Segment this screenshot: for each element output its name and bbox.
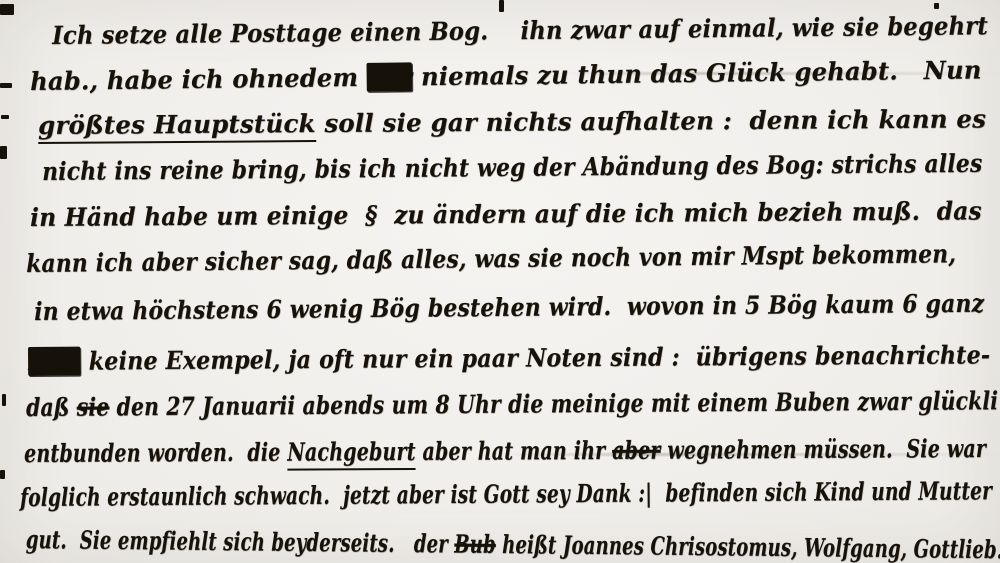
ink-speck [934, 3, 939, 9]
manuscript-line: in Händ habe um einige § zu ändern auf d… [30, 197, 982, 231]
underlined-text: größtes Hauptstück [38, 109, 316, 144]
manuscript-line: in etwa höchstens 6 wenig Bög bestehen w… [34, 290, 984, 326]
text-segment: entbunden worden. die [24, 438, 287, 468]
struck-text: sie [77, 392, 110, 421]
ink-speck [1, 115, 9, 119]
struck-text: aber [612, 436, 661, 465]
blotted-text: der [367, 62, 413, 92]
manuscript-line: nicht ins reine bring, bis ich nicht weg… [42, 150, 982, 186]
text-segment: Ich setze alle Posttage einen Bog. ihn z… [52, 11, 988, 50]
ink-speck [0, 470, 5, 479]
text-segment: heißt Joannes Chrisostomus, Wolfgang, Go… [496, 530, 1000, 563]
manuscript-line: zum keine Exempel, ja oft nur ein paar N… [28, 341, 990, 375]
struck-text: Bub [454, 529, 496, 558]
text-segment: daß [26, 393, 77, 422]
manuscript-line: entbunden worden. die Nachgeburt aber ha… [24, 435, 986, 468]
manuscript-line: hab., habe ich ohnedem der niemals zu th… [30, 56, 982, 95]
text-segment: folglich erstaunlich schwach. jetzt aber… [20, 476, 992, 512]
text-segment: in etwa höchstens 6 wenig Bög bestehen w… [34, 289, 984, 326]
text-segment: den 27 Januarii abends um 8 Uhr die mein… [109, 386, 998, 421]
ink-speck [0, 83, 12, 88]
ink-speck [499, 0, 504, 12]
text-segment: keine Exempel, ja oft nur ein paar Noten… [81, 340, 991, 375]
text-segment: nicht ins reine bring, bis ich nicht weg… [42, 149, 983, 186]
text-segment: hab., habe ich ohnedem [30, 63, 367, 96]
ink-speck [0, 4, 14, 15]
text-segment: kann ich aber sicher sag, daß alles, was… [26, 239, 956, 278]
manuscript-line: gut. Sie empfiehlt sich beyderseits. der… [26, 526, 1000, 563]
text-segment: in Händ habe um einige § zu ändern auf d… [30, 196, 982, 232]
text-segment: niemals zu thun das Glück gehabt. Nun [412, 55, 981, 91]
manuscript-page: Ich setze alle Posttage einen Bog. ihn z… [0, 0, 1000, 563]
manuscript-line: kann ich aber sicher sag, daß alles, was… [26, 240, 956, 277]
ink-speck [2, 394, 6, 406]
manuscript-line: folglich erstaunlich schwach. jetzt aber… [20, 477, 992, 511]
manuscript-line: daß sie den 27 Januarii abends um 8 Uhr … [26, 387, 998, 421]
ink-speck [0, 146, 7, 159]
text-segment: gut. Sie empfiehlt sich beyderseits. der [26, 525, 455, 558]
text-segment: aber hat man ihr [416, 436, 613, 466]
text-segment: soll sie gar nichts aufhalten : denn ich… [316, 104, 987, 138]
blotted-text: zum [28, 347, 81, 376]
underlined-text: Nachgeburt [287, 437, 416, 471]
manuscript-line: größtes Hauptstück soll sie gar nichts a… [38, 105, 986, 139]
text-segment: wegnehmen müssen. Sie war [661, 434, 987, 465]
manuscript-line: Ich setze alle Posttage einen Bog. ihn z… [52, 12, 988, 49]
